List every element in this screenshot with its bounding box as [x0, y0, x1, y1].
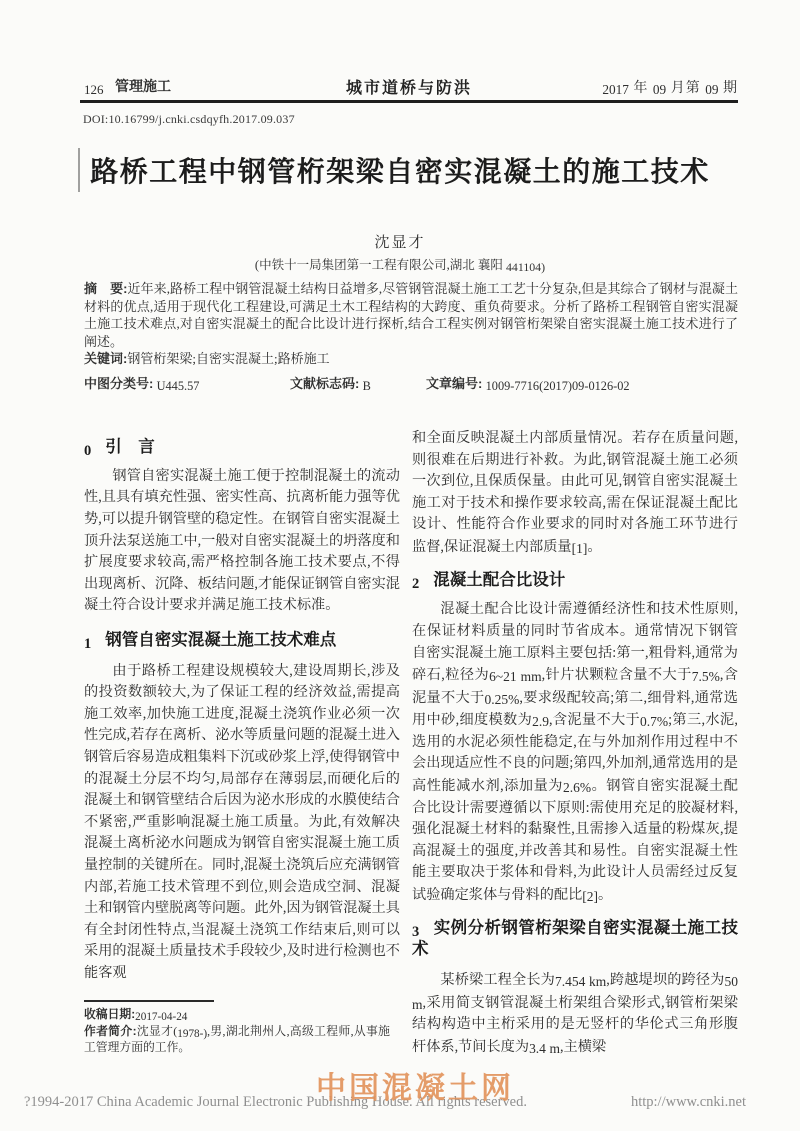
footnote-block: 收稿日期:2017-04-24 作者简介:沈显才(1978-),男,湖北荆州人,…	[84, 1000, 390, 1056]
doi-line: DOI:10.16799/j.cnki.csdqyfh.2017.09.037	[83, 112, 295, 127]
section-3-title: 实例分析钢管桁架梁自密实混凝土施工技术	[412, 919, 738, 959]
clc-item: 中图分类号: U445.57	[84, 375, 290, 394]
clc-value: U445.57	[157, 376, 200, 391]
section-0-paragraph: 钢管自密实混凝土施工便于控制混凝土的流动性,且具有填充性强、密实性高、抗离析能力…	[84, 466, 400, 617]
keywords-text: 钢管桁架梁;自密实混凝土;路桥施工	[127, 351, 329, 366]
section-0-heading: 0引 言	[84, 437, 400, 459]
received-date-label: 收稿日期:	[84, 1007, 135, 1021]
cnki-url: http://www.cnki.net	[631, 1094, 746, 1111]
section-1-continued-text: 和全面反映混凝土内部质量情况。若存在质量问题,则很难在后期进行补救。为此,钢管混…	[412, 430, 738, 555]
watermark-text: 中国混凝土网	[316, 1063, 514, 1107]
author-affiliation: (中铁十一局集团第一工程有限公司,湖北 襄阳 441104)	[0, 255, 800, 273]
header-rule	[80, 100, 738, 103]
section-2-number: 2	[412, 575, 419, 594]
section-3-number: 3	[412, 923, 419, 942]
author-bio-line: 作者简介:沈显才(1978-),男,湖北荆州人,高级工程师,从事施工管理方面的工…	[84, 1024, 390, 1056]
section-3-text: 某桥梁工程全长为7.454 km,跨越堤坝的跨径为50 m,采用简支钢管混凝土桁…	[412, 972, 738, 1055]
received-date-value: 2017-04-24	[135, 1007, 187, 1021]
left-column: 0引 言 钢管自密实混凝土施工便于控制混凝土的流动性,且具有填充性强、密实性高、…	[84, 428, 400, 985]
section-1-paragraph-continued: 和全面反映混凝土内部质量情况。若存在质量问题,则很难在后期进行补救。为此,钢管混…	[412, 428, 738, 559]
article-title: 路桥工程中钢管桁架梁自密实混凝土的施工技术	[0, 150, 800, 190]
received-date-line: 收稿日期:2017-04-24	[84, 1007, 390, 1024]
section-3-paragraph: 某桥梁工程全长为7.454 km,跨越堤坝的跨径为50 m,采用简支钢管混凝土桁…	[412, 969, 738, 1058]
author-bio-label: 作者简介:	[84, 1024, 137, 1038]
doc-code-item: 文献标志码: B	[290, 375, 426, 394]
section-2-text: 混凝土配合比设计需遵循经济性和技术性原则,在保证材料质量的同时节省成本。通常情况…	[412, 601, 738, 903]
section-2-title: 混凝土配合比设计	[433, 571, 565, 589]
section-0-text: 钢管自密实混凝土施工便于控制混凝土的流动性,且具有填充性强、密实性高、抗离析能力…	[84, 468, 400, 614]
section-1-title: 钢管自密实混凝土施工技术难点	[105, 631, 336, 649]
section-1-heading: 1钢管自密实混凝土施工技术难点	[84, 630, 400, 652]
section-2-paragraph: 混凝土配合比设计需遵循经济性和技术性原则,在保证材料质量的同时节省成本。通常情况…	[412, 599, 738, 906]
journal-header: 126 管理施工 城市道桥与防洪 2017 年 09 月第 09 期	[80, 76, 738, 98]
section-1-number: 1	[84, 635, 91, 654]
section-1-text: 由于路桥工程建设规模较大,建设周期长,涉及的投资数额较大,为了保证工程的经济效益…	[84, 663, 400, 981]
section-0-number: 0	[84, 442, 91, 461]
footnote-rule	[84, 1000, 214, 1002]
article-no-value: 1009-7716(2017)09-0126-02	[486, 376, 630, 391]
abstract-label: 摘 要:	[84, 281, 128, 296]
scanned-paper-page: 126 管理施工 城市道桥与防洪 2017 年 09 月第 09 期 DOI:1…	[0, 0, 800, 1131]
clc-label: 中图分类号:	[84, 376, 153, 391]
section-2-heading: 2混凝土配合比设计	[412, 570, 738, 592]
section-1-paragraph: 由于路桥工程建设规模较大,建设周期长,涉及的投资数额较大,为了保证工程的经济效益…	[84, 661, 400, 985]
right-column: 和全面反映混凝土内部质量情况。若存在质量问题,则很难在后期进行补救。为此,钢管混…	[412, 428, 738, 1059]
article-no-label: 文章编号:	[426, 376, 482, 391]
abstract-paragraph: 摘 要:近年来,路桥工程中钢管混凝土结构日益增多,尽管钢管混凝土施工工艺十分复杂…	[84, 280, 738, 350]
doc-code-label: 文献标志码:	[290, 376, 359, 391]
abstract-block: 摘 要:近年来,路桥工程中钢管混凝土结构日益增多,尽管钢管混凝土施工工艺十分复杂…	[84, 280, 738, 393]
keywords-label: 关键词:	[84, 351, 127, 366]
classification-row: 中图分类号: U445.57 文献标志码: B 文章编号: 1009-7716(…	[84, 375, 738, 394]
author-name: 沈显才	[0, 231, 800, 252]
section-0-title: 引 言	[105, 438, 155, 456]
doc-code-value: B	[363, 376, 371, 391]
article-no-item: 文章编号: 1009-7716(2017)09-0126-02	[426, 375, 630, 394]
abstract-text: 近年来,路桥工程中钢管混凝土结构日益增多,尽管钢管混凝土施工工艺十分复杂,但是其…	[84, 281, 738, 349]
keywords-line: 关键词:钢管桁架梁;自密实混凝土;路桥施工	[84, 350, 738, 368]
section-3-heading: 3实例分析钢管桁架梁自密实混凝土施工技术	[412, 918, 738, 962]
issue-info: 2017 年 09 月第 09 期	[602, 77, 738, 97]
